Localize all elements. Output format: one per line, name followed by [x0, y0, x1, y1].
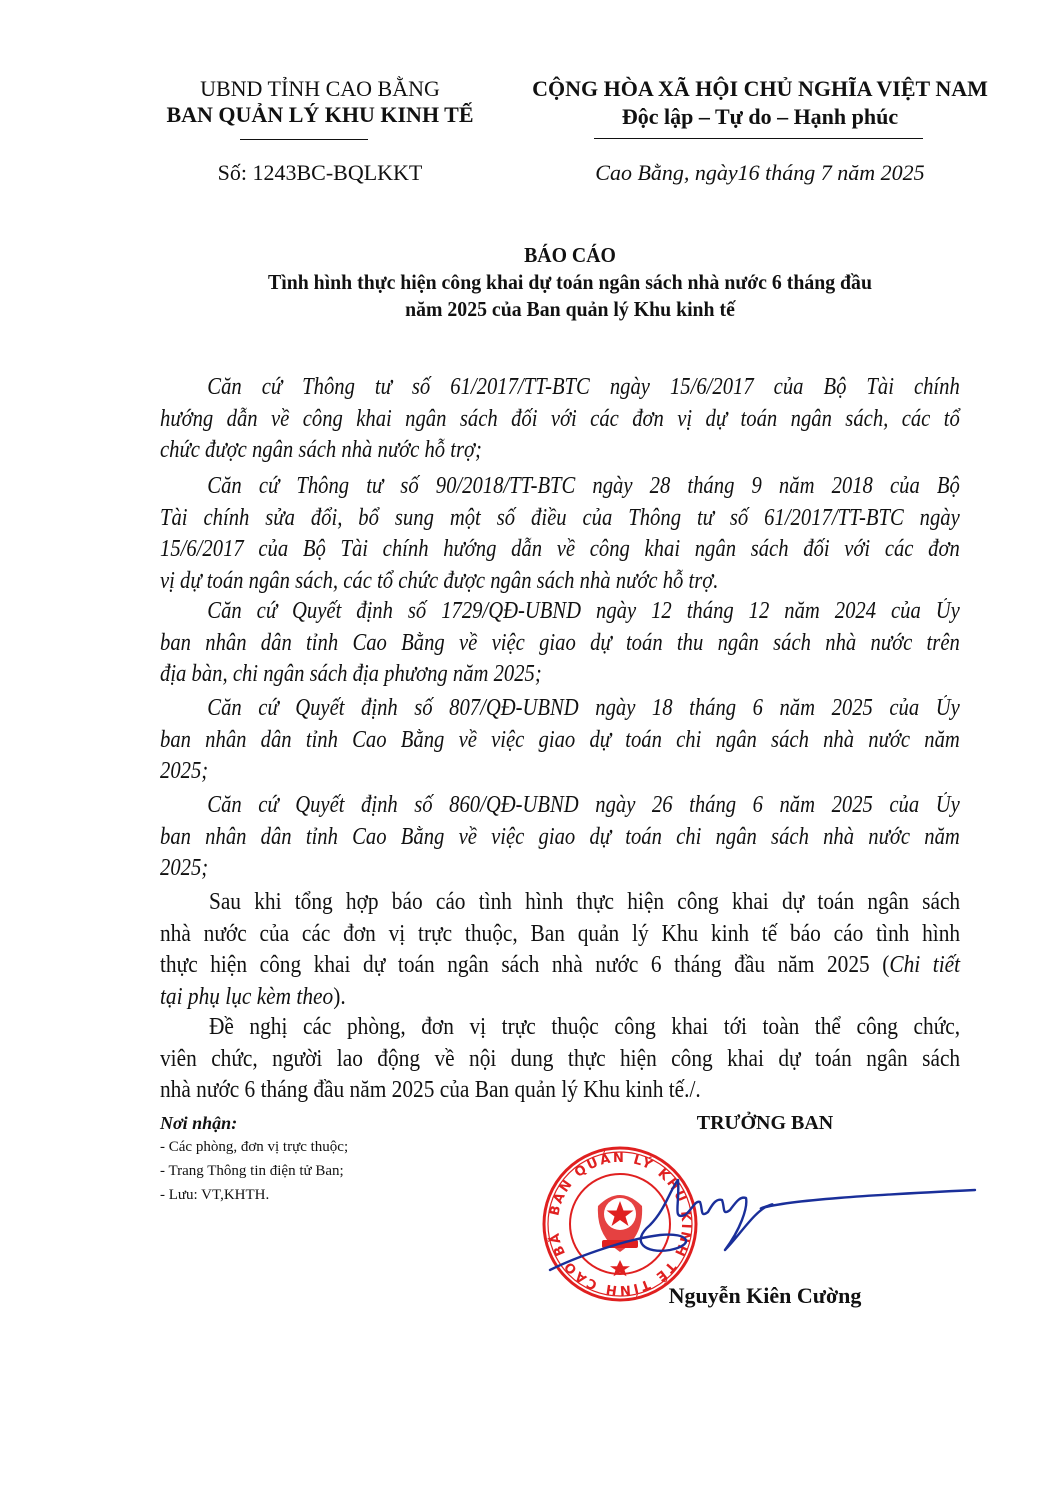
- recipient-item: - Lưu: VT,KHTH.: [160, 1187, 269, 1204]
- motto-underline: [594, 138, 923, 139]
- recipients-title: Nơi nhận:: [160, 1113, 237, 1134]
- national-name: CỘNG HÒA XÃ HỘI CHỦ NGHĨA VIỆT NAM: [510, 76, 1010, 102]
- issuing-agency: BAN QUẢN LÝ KHU KINH TẾ: [140, 102, 500, 128]
- signer-name: Nguyễn Kiên Cường: [600, 1283, 930, 1309]
- recipient-item: - Trang Thông tin điện tử Ban;: [160, 1163, 344, 1180]
- signer-position: TRƯỞNG BAN: [600, 1112, 930, 1135]
- legal-basis-3: Căn cứ Quyết định số 1729/QĐ-UBND ngày 1…: [160, 596, 960, 691]
- recipient-item: - Các phòng, đơn vị trực thuộc;: [160, 1139, 348, 1156]
- handwritten-signature-icon: [540, 1150, 980, 1290]
- document-subject-line-1: Tình hình thực hiện công khai dự toán ng…: [174, 270, 965, 295]
- document-number: Số: 1243BC-BQLKKT: [140, 160, 500, 186]
- national-motto: Độc lập – Tự do – Hạnh phúc: [510, 104, 1010, 130]
- document-subject-line-2: năm 2025 của Ban quản lý Khu kinh tế: [174, 297, 965, 322]
- legal-basis-1: Căn cứ Thông tư số 61/2017/TT-BTC ngày 1…: [160, 372, 960, 467]
- legal-basis-4: Căn cứ Quyết định số 807/QĐ-UBND ngày 18…: [160, 693, 960, 788]
- request-paragraph: Đề nghị các phòng, đơn vị trực thuộc côn…: [160, 1012, 960, 1107]
- document-type: BÁO CÁO: [174, 243, 965, 268]
- issuing-authority: UBND TỈNH CAO BẰNG: [140, 76, 500, 102]
- agency-underline: [240, 139, 368, 140]
- legal-basis-2: Căn cứ Thông tư số 90/2018/TT-BTC ngày 2…: [160, 471, 960, 597]
- summary-paragraph: Sau khi tổng hợp báo cáo tình hình thực …: [160, 887, 960, 1013]
- legal-basis-5: Căn cứ Quyết định số 860/QĐ-UBND ngày 26…: [160, 790, 960, 885]
- place-date: Cao Bằng, ngày16 tháng 7 năm 2025: [510, 160, 1010, 186]
